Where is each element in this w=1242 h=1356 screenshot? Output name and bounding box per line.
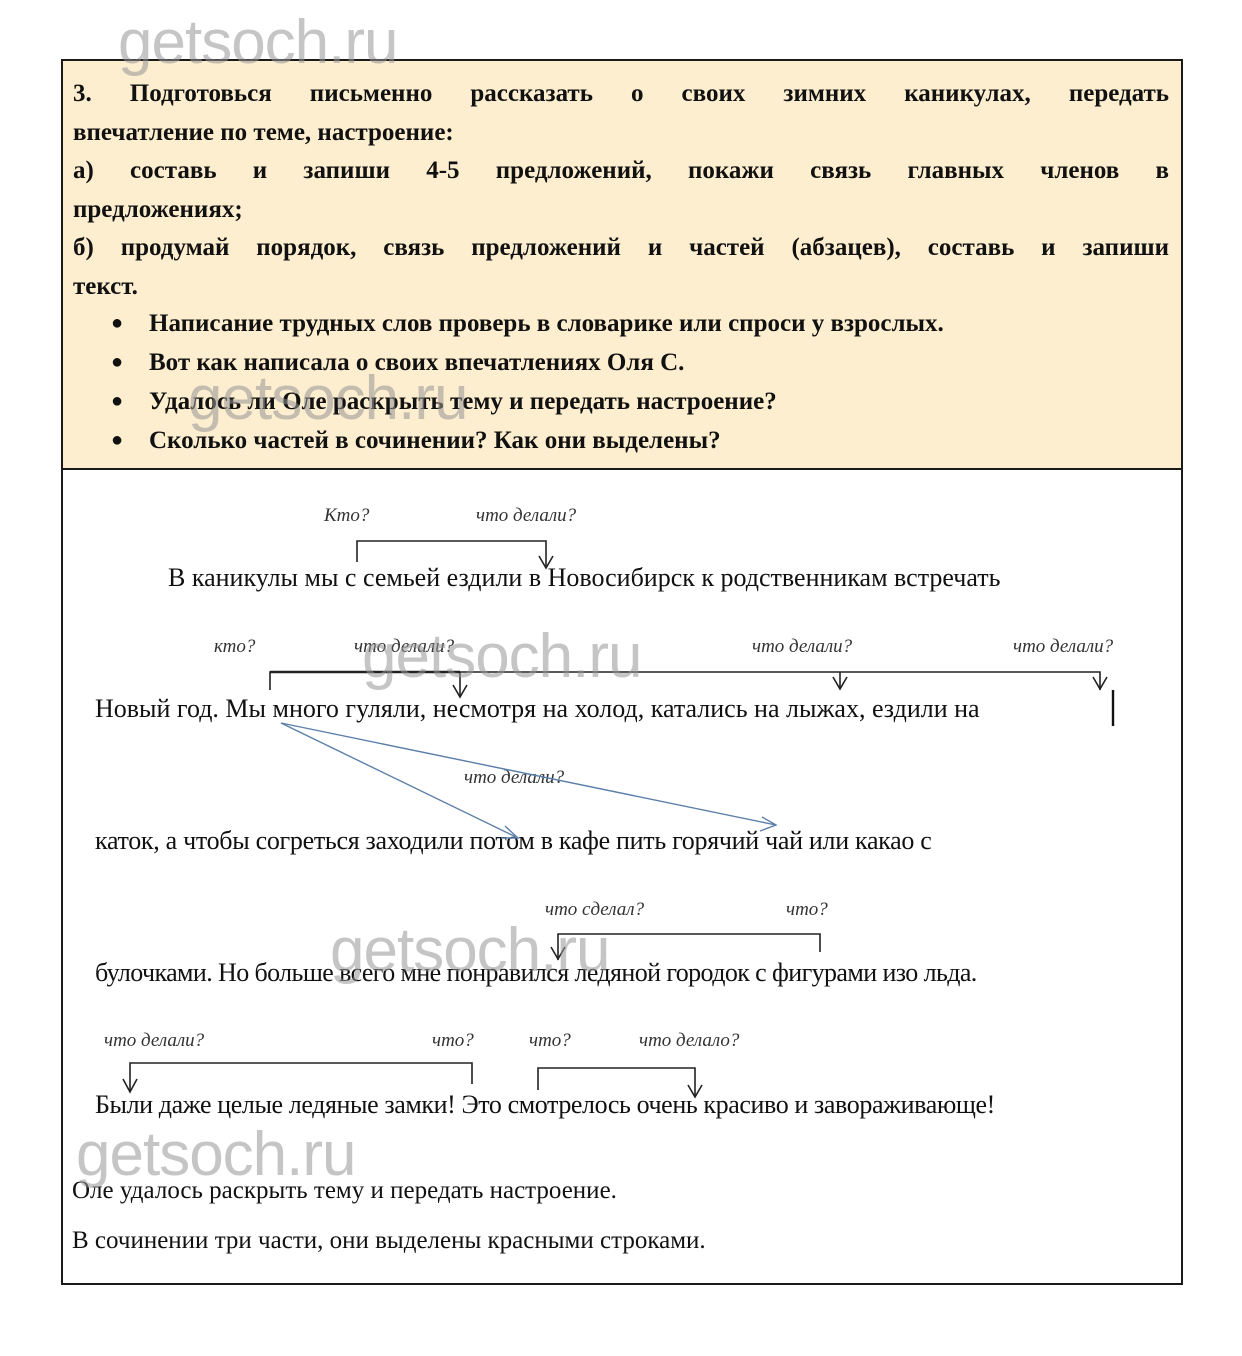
essay-line-5: Были даже целые ледяные замки! Это смотр… xyxy=(95,1090,995,1120)
question-label: что делали? xyxy=(1013,636,1113,658)
question-label: что? xyxy=(786,899,828,921)
bullet-icon: ● xyxy=(111,382,123,421)
task-text-line-1: 3. Подготовься письменно рассказать о св… xyxy=(73,74,1169,113)
question-label: что делали? xyxy=(476,505,576,527)
task-item-b-line-2: текст. xyxy=(73,267,1169,306)
bullet-icon: ● xyxy=(111,304,123,343)
conclusion-line-2: В сочинении три части, они выделены крас… xyxy=(72,1226,706,1256)
essay-line-1: В каникулы мы с семьей ездили в Новосиби… xyxy=(168,563,1000,593)
task-item-a-line-1: а) составь и запиши 4-5 предложений, пок… xyxy=(73,151,1169,190)
essay-line-3: каток, а чтобы согреться заходили потом … xyxy=(95,826,932,856)
question-label: кто? xyxy=(214,636,255,658)
question-label: что делали? xyxy=(752,636,852,658)
watermark: getsoch.ru xyxy=(76,1124,356,1186)
question-label: что делали? xyxy=(464,767,564,789)
bullet-item: ●Написание трудных слов проверь в словар… xyxy=(63,304,944,343)
essay-line-2: Новый год. Мы много гуляли, несмотря на … xyxy=(95,694,980,724)
question-label: что? xyxy=(529,1030,571,1052)
question-label: что? xyxy=(432,1030,474,1052)
task-item-a-line-2: предложениях; xyxy=(73,190,1169,229)
task-item-b-line-1: б) продумай порядок, связь предложений и… xyxy=(73,228,1169,267)
question-label: Кто? xyxy=(324,505,369,527)
bullet-icon: ● xyxy=(111,421,123,460)
question-label: что делало? xyxy=(639,1030,739,1052)
bullet-icon: ● xyxy=(111,343,123,382)
question-label: что делали? xyxy=(104,1030,204,1052)
watermark: getsoch.ru xyxy=(118,12,398,74)
watermark: getsoch.ru xyxy=(188,368,468,430)
task-text-line-2: впечатление по теме, настроение: xyxy=(73,113,1169,152)
watermark: getsoch.ru xyxy=(330,920,610,982)
watermark: getsoch.ru xyxy=(362,626,642,688)
